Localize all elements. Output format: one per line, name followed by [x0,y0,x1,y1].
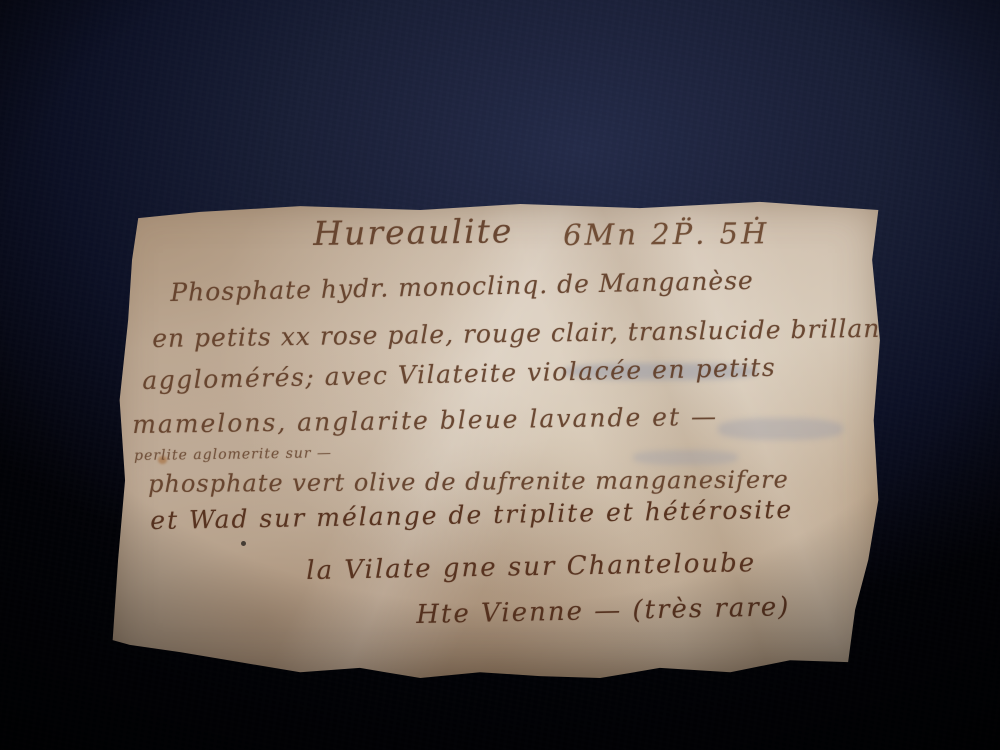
region-rarity-line: Hte Vienne — (très rare) [416,592,791,630]
locality-line: la Vilate gne sur Chanteloube [306,548,756,586]
handwritten-line: agglomérés; avec Vilateite violacée en p… [142,353,776,395]
ink-speck [241,541,246,546]
chemical-formula: 6Mn 2P̈. 5Ḣ [563,216,769,252]
handwritten-line: et Wad sur mélange de triplite et hétéro… [150,495,793,535]
specimen-label-paper: Hureaulite 6Mn 2P̈. 5Ḣ Phosphate hydr. m… [108,198,883,678]
handwritten-interline-note: perlite aglomerite sur — [134,445,332,464]
handwritten-line: phosphate vert olive de dufrenite mangan… [148,466,789,498]
handwritten-line: Phosphate hydr. monoclinq. de Manganèse [170,266,754,307]
photo-background: Hureaulite 6Mn 2P̈. 5Ḣ Phosphate hydr. m… [0,0,1000,750]
erased-pencil-smudge [633,450,738,465]
mineral-name-title: Hureaulite [313,211,514,253]
erased-pencil-smudge [718,418,843,440]
handwritten-line: en petits xx rose pale, rouge clair, tra… [152,313,905,353]
handwritten-line: mamelons, anglarite bleue lavande et — [132,402,718,439]
